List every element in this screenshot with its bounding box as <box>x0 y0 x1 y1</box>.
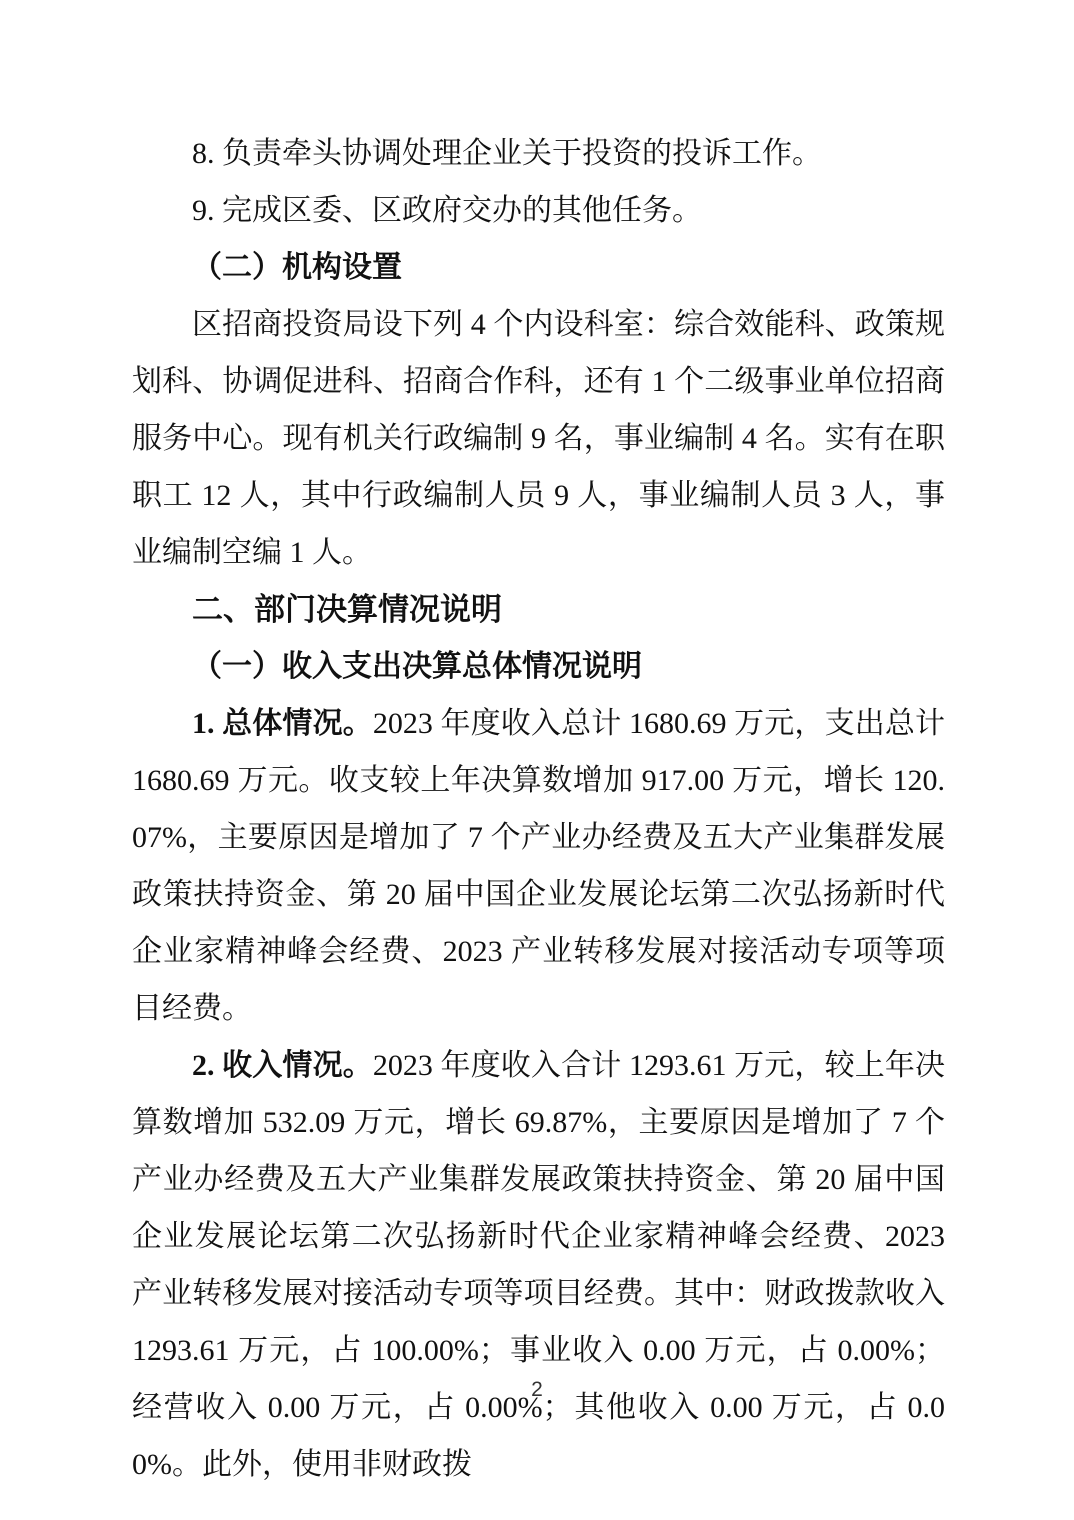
paragraph-lead-label: 1. 总体情况。 <box>192 707 373 740</box>
heading-section-final-accounts: 二、部门决算情况说明 <box>132 581 945 638</box>
paragraph-lead-label: 2. 收入情况。 <box>192 1049 373 1082</box>
paragraph-text: 8. 负责牵头协调处理企业关于投资的投诉工作。 <box>192 137 822 170</box>
document-page: 8. 负责牵头协调处理企业关于投资的投诉工作。 9. 完成区委、区政府交办的其他… <box>0 0 1074 1520</box>
paragraph-text: 2023 年度收入总计 1680.69 万元，支出总计 1680.69 万元。收… <box>132 707 945 1025</box>
paragraph-duty-8: 8. 负责牵头协调处理企业关于投资的投诉工作。 <box>132 125 945 182</box>
heading-subsection-income-expense: （一）收入支出决算总体情况说明 <box>132 638 945 695</box>
heading-text: （一）收入支出决算总体情况说明 <box>192 650 642 683</box>
heading-text: 二、部门决算情况说明 <box>192 592 502 627</box>
paragraph-income-situation: 2. 收入情况。2023 年度收入合计 1293.61 万元，较上年决算数增加 … <box>132 1037 945 1493</box>
heading-text: （二）机构设置 <box>192 251 402 284</box>
paragraph-duty-9: 9. 完成区委、区政府交办的其他任务。 <box>132 182 945 239</box>
paragraph-overall-situation: 1. 总体情况。2023 年度收入总计 1680.69 万元，支出总计 1680… <box>132 695 945 1037</box>
page-number: 2 <box>0 1375 1074 1405</box>
paragraph-text: 2023 年度收入合计 1293.61 万元，较上年决算数增加 532.09 万… <box>132 1049 945 1481</box>
heading-org-setup: （二）机构设置 <box>132 239 945 296</box>
paragraph-text: 区招商投资局设下列 4 个内设科室：综合效能科、政策规划科、协调促进科、招商合作… <box>132 308 945 569</box>
paragraph-org-detail: 区招商投资局设下列 4 个内设科室：综合效能科、政策规划科、协调促进科、招商合作… <box>132 296 945 581</box>
document-body: 8. 负责牵头协调处理企业关于投资的投诉工作。 9. 完成区委、区政府交办的其他… <box>132 125 945 1493</box>
paragraph-text: 9. 完成区委、区政府交办的其他任务。 <box>192 194 702 227</box>
